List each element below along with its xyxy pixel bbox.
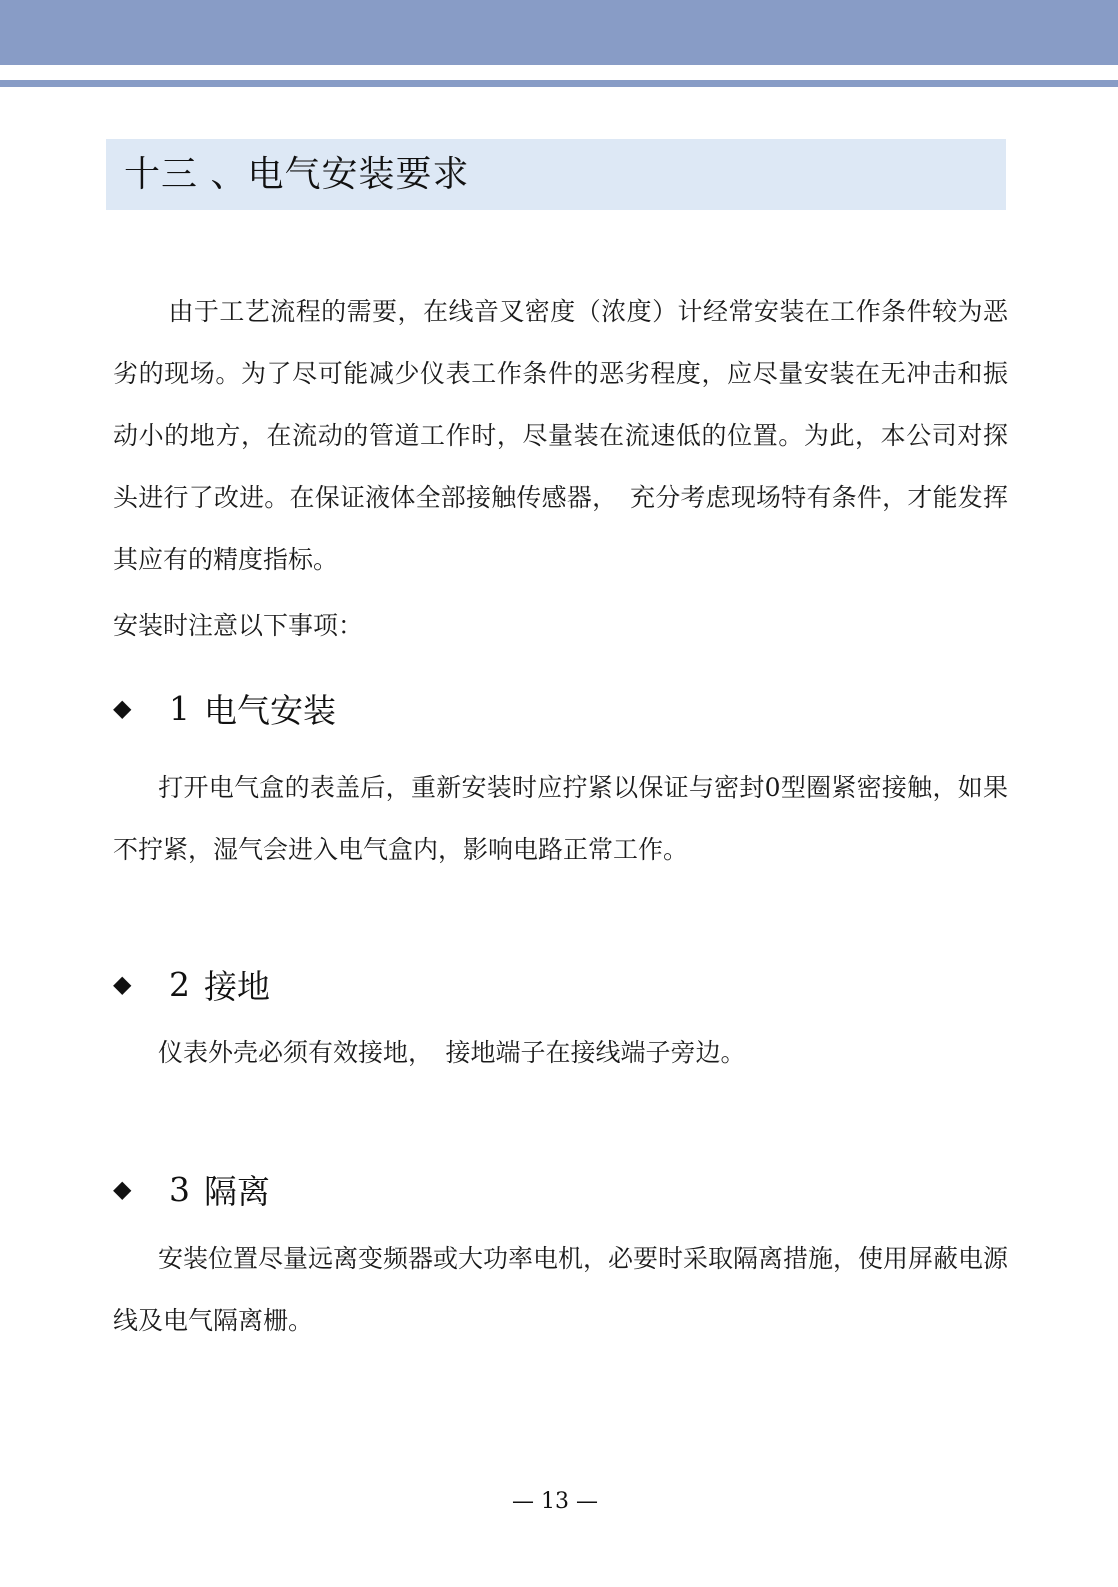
electrical-installation-paragraph: 打开电气盒的表盖后，重新安装时应拧紧以保证与密封0型圈紧密接触，如果不拧紧，湿气… xyxy=(113,757,1008,881)
paragraph-text: 安装位置尽量远离变频器或大功率电机，必要时采取隔离措施，使用屏蔽电源线及电气隔离… xyxy=(113,1244,1008,1335)
diamond-bullet-icon: ◆ xyxy=(113,972,135,996)
intro-paragraph: 由于工艺流程的需要，在线音叉密度（浓度）计经常安装在工作条件较为恶劣的现场。为了… xyxy=(113,281,1008,591)
subheading-label: 隔离 xyxy=(204,1166,270,1213)
intro-text: 由于工艺流程的需要，在线音叉密度（浓度）计经常安装在工作条件较为恶劣的现场。为了… xyxy=(113,297,1008,574)
isolation-paragraph: 安装位置尽量远离变频器或大功率电机，必要时采取隔离措施，使用屏蔽电源线及电气隔离… xyxy=(113,1228,1008,1352)
subheading-isolation: ◆ 3 隔离 xyxy=(113,1167,270,1211)
header-band xyxy=(0,0,1118,65)
subheading-label: 电气安装 xyxy=(204,685,336,732)
paragraph-text: 仪表外壳必须有效接地， 接地端子在接线端子旁边。 xyxy=(158,1038,746,1067)
subheading-label: 接地 xyxy=(204,961,270,1008)
installation-note: 安装时注意以下事项： xyxy=(113,606,363,646)
section-title: 十三 、电气安装要求 xyxy=(124,153,469,197)
header-rule xyxy=(0,80,1118,87)
diamond-bullet-icon: ◆ xyxy=(113,696,135,720)
subheading-number: 2 xyxy=(169,965,190,1004)
section-title-box: 十三 、电气安装要求 xyxy=(106,139,1006,210)
subheading-electrical-installation: ◆ 1 电气安装 xyxy=(113,686,336,730)
diamond-bullet-icon: ◆ xyxy=(113,1177,135,1201)
page-number: — 13 — xyxy=(0,1488,1114,1516)
subheading-number: 3 xyxy=(169,1170,190,1209)
paragraph-text: 打开电气盒的表盖后，重新安装时应拧紧以保证与密封0型圈紧密接触，如果不拧紧，湿气… xyxy=(113,773,1008,864)
subheading-grounding: ◆ 2 接地 xyxy=(113,962,270,1006)
grounding-paragraph: 仪表外壳必须有效接地， 接地端子在接线端子旁边。 xyxy=(113,1022,1008,1084)
subheading-number: 1 xyxy=(169,689,190,728)
